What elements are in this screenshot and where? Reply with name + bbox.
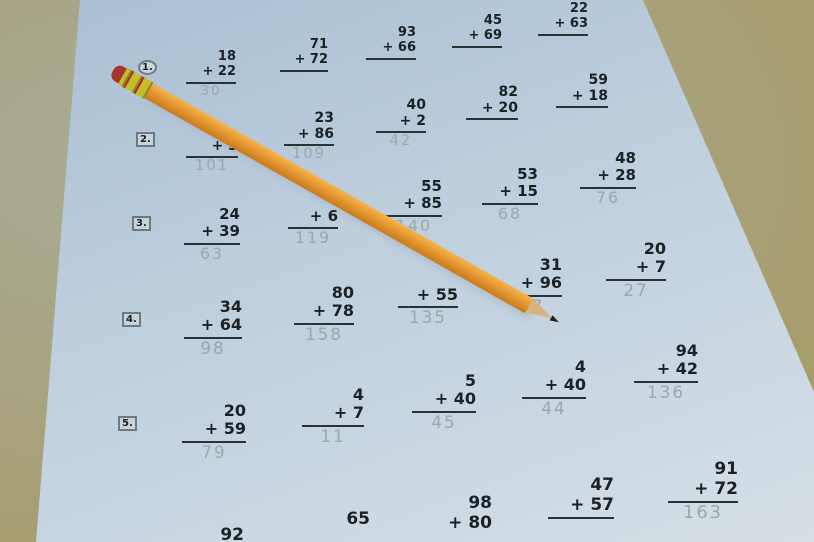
problem-6-4: 47+ 57 (548, 476, 614, 519)
problem-3-2: + 6119 (288, 208, 338, 247)
problem-6-3: 98+ 80 (428, 494, 492, 533)
problem-2-5: 59+ 18 (556, 72, 608, 108)
problem-1-3: 93+ 66 (366, 26, 416, 60)
problem-5-4: 4+ 4044 (522, 358, 586, 418)
problem-5-2: 4+ 711 (302, 386, 364, 446)
problem-6-2: 65 (318, 510, 370, 530)
problem-1-1: 18+ 2230 (186, 50, 236, 100)
row-number-2: 2. (136, 132, 155, 147)
problem-3-1: 24+ 3963 (184, 206, 240, 263)
problem-4-3: + 55135 (398, 286, 458, 328)
problem-3-5: 48+ 2876 (580, 150, 636, 207)
problem-2-3: 40+ 242 (376, 97, 426, 150)
problem-3-4: 53+ 1568 (482, 166, 538, 223)
row-number-5: 5. (118, 416, 137, 431)
problem-1-5: 22+ 63 (538, 2, 588, 36)
problem-4-5: 20+ 727 (606, 240, 666, 300)
problem-6-5: 91+ 72163 (668, 460, 738, 524)
problem-4-2: 80+ 78158 (294, 284, 354, 344)
problem-5-1: 20+ 5979 (182, 402, 246, 462)
problem-6-1: 92 (196, 526, 244, 542)
row-number-1: 1. (138, 60, 157, 75)
problem-2-2: 23+ 86109 (284, 110, 334, 163)
problem-5-5: 94+ 42136 (634, 342, 698, 402)
problem-5-3: 5+ 4045 (412, 372, 476, 432)
problem-1-4: 45+ 69 (452, 14, 502, 48)
row-number-4: 4. (122, 312, 141, 327)
row-number-3: 3. (132, 216, 151, 231)
problem-4-1: 34+ 6498 (184, 298, 242, 358)
problem-1-2: 71+ 72 (280, 38, 328, 72)
problem-2-4: 82+ 20 (466, 84, 518, 120)
